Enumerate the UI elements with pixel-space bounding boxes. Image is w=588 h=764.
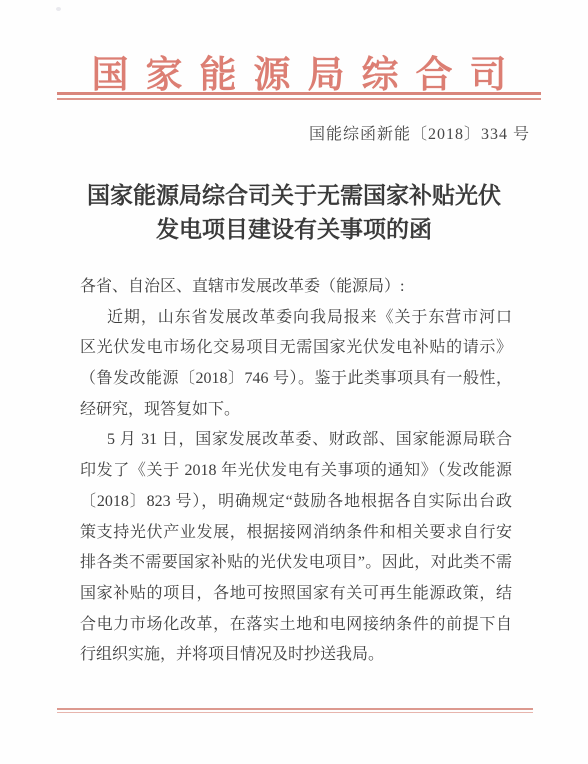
document-title: 国家能源局综合司关于无需国家补贴光伏 发电项目建设有关事项的函 [0,179,588,247]
paragraph-2-line: 〔2018〕823 号），明确规定“鼓励各地根据各自实际出台政 [80,487,512,518]
paragraph-2-line: 行组织实施，并将项目情况及时抄送我局。 [80,640,512,671]
paragraph-1-line: 经研究，现答复如下。 [80,395,512,426]
paragraph-1-line: 区光伏发电市场化交易项目无需国家光伏发电补贴的请示》 [80,333,512,364]
document-title-line-1: 国家能源局综合司关于无需国家补贴光伏 [0,179,588,213]
document-reference-number: 国能综函新能〔2018〕334 号 [309,121,530,144]
paragraph-2-line: 印发了《关于 2018 年光伏发电有关事项的通知》（发改能源 [80,456,512,487]
paragraph-1-line: （鲁发改能源〔2018〕746 号）。鉴于此类事项具有一般性， [80,364,512,395]
red-header-divider [57,92,541,100]
salutation: 各省、自治区、直辖市发展改革委（能源局）: [80,272,512,303]
document-title-line-2: 发电项目建设有关事项的函 [0,213,588,247]
scanned-official-letter: 国家能源局综合司 国能综函新能〔2018〕334 号 国家能源局综合司关于无需国… [0,0,588,764]
paragraph-2-line: 合电力市场化改革，在落实土地和电网接纳条件的前提下自 [80,610,512,641]
paragraph-2-line: 排各类不需要国家补贴的光伏发电项目”。因此，对此类不需 [80,548,512,579]
red-footer-divider [57,708,533,713]
paragraph-2-line: 策支持光伏产业发展，根据接网消纳条件和相关要求自行安 [80,518,512,549]
issuing-agency-masthead: 国家能源局综合司 [57,44,541,98]
document-body: 各省、自治区、直辖市发展改革委（能源局）: 近期，山东省发展改革委向我局报来《关… [80,272,512,671]
paragraph-2-line: 5 月 31 日，国家发展改革委、财政部、国家能源局联合 [80,425,512,456]
paragraph-1-line: 近期，山东省发展改革委向我局报来《关于东营市河口 [80,303,512,334]
scan-artifact [56,7,61,11]
paragraph-2-line: 国家补贴的项目，各地可按照国家有关可再生能源政策，结 [80,579,512,610]
